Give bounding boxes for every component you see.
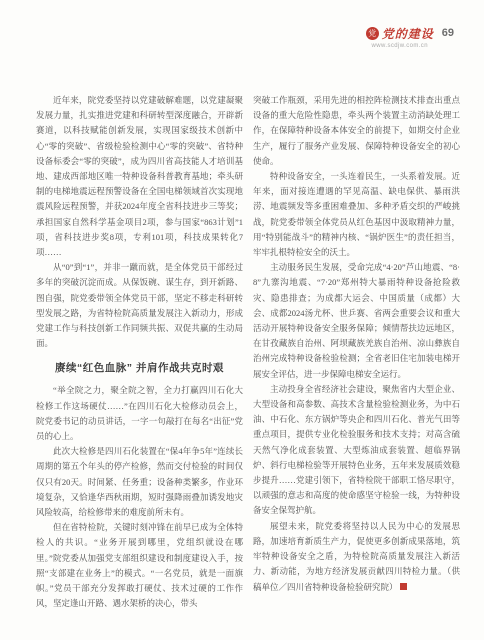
brand-url: www.scdjw.com.cn: [372, 43, 428, 49]
brand-seal-icon: 党: [366, 27, 379, 40]
left-column: 近年来，院党委坚持以党建破解难题，以党建凝聚发展力量，扎实推进党建和科研转型深度…: [36, 93, 243, 612]
brand-name: 党的建设: [382, 25, 434, 42]
paragraph: 主动投身全省经济社会建设，聚焦省内大型企业、大型设备和高参数、高技术含量检验检测…: [253, 382, 460, 519]
paragraph: 主动服务民生发展，受命完成“4·20”芦山地震、“8·8”九寨沟地震、“7·20…: [253, 260, 460, 382]
magazine-page: 党 党的建设 www.scdjw.com.cn 69 近年来，院党委坚持以党建破…: [0, 0, 484, 640]
article-body: 近年来，院党委坚持以党建破解难题，以党建凝聚发展力量，扎实推进党建和科研转型深度…: [36, 93, 460, 612]
section-heading: 赓续“红色血脉” 并肩作战共克时艰: [36, 360, 243, 375]
paragraph: 但在省特检院，关键时刻冲锋在前早已成为全体特检人的共识。“业务开展到哪里，党组织…: [36, 520, 243, 611]
paragraph: 突破工作瓶颈，采用先进的相控阵检测技术排查出重点设备的重大危险性隐患，牵头两个装…: [253, 93, 460, 169]
paragraph: “举全院之力，聚全院之智，全力打赢四川石化大检修工作这场硬仗……”在四川石化大检…: [36, 383, 243, 444]
brand-block: 党 党的建设 www.scdjw.com.cn: [366, 25, 434, 49]
page-header: 党 党的建设 www.scdjw.com.cn 69: [366, 25, 454, 49]
paragraph: 近年来，院党委坚持以党建破解难题，以党建凝聚发展力量，扎实推进党建和科研转型深度…: [36, 93, 243, 260]
right-column: 突破工作瓶颈，采用先进的相控阵检测技术排查出重点设备的重大危险性隐患，牵头两个装…: [253, 93, 460, 612]
paragraph: 此次大检修是四川石化装置在“保4年争5年”连续长周期的第五个年头的停产检修，然而…: [36, 444, 243, 520]
page-number: 69: [442, 27, 454, 39]
paragraph: 从“0”到“1”，并非一蹴而就，是全体党员干部经过多年的突破沉淀而成。从保饭碗、…: [36, 260, 243, 351]
paragraph: 展望未来，院党委将坚持以人民为中心的发展思路，加速培育新质生产力，促使更多创新成…: [253, 519, 460, 595]
paragraph: 特种设备安全，一头连着民生，一头系着发展。近年来，面对接连遭遇的罕见高温、缺电保…: [253, 169, 460, 260]
article-end-mark-icon: [400, 583, 407, 590]
